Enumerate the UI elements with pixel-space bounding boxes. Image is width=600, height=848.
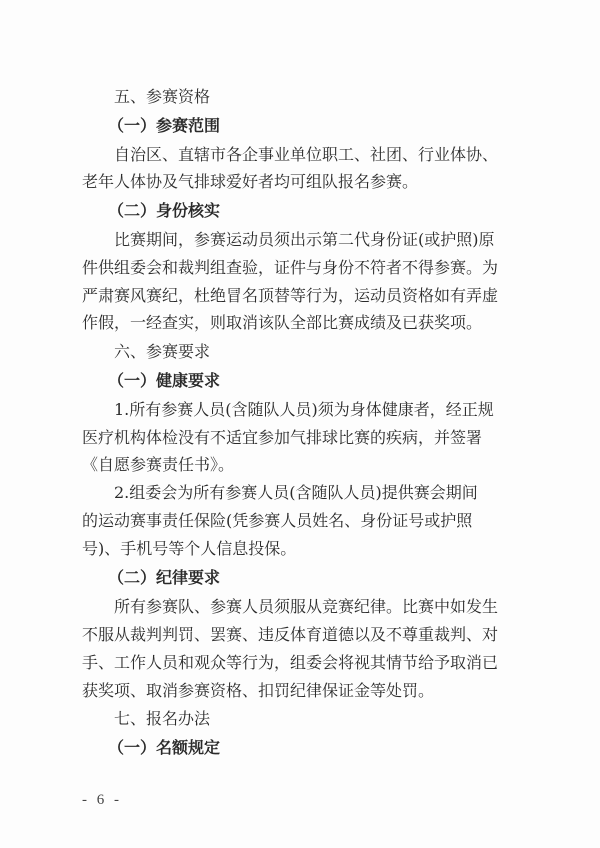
paragraph-line: 不服从裁判判罚、罢赛、违反体育道德以及不尊重裁判、对 <box>82 621 502 649</box>
paragraph-line: 老年人体协及气排球爱好者均可组队报名参赛。 <box>82 168 502 196</box>
document-page: 五、参赛资格 （一）参赛范围 自治区、直辖市各企事业单位职工、社团、行业体协、 … <box>0 0 600 848</box>
paragraph-line: 《自愿参赛责任书》。 <box>82 451 502 479</box>
subsection-heading: （二）身份核实 <box>108 197 528 225</box>
paragraph-line: 1.所有参赛人员(含随队人员)须为身体健康者，经正规 <box>114 396 534 424</box>
paragraph-line: 2.组委会为所有参赛人员(含随队人员)提供赛会期间 <box>114 479 534 507</box>
paragraph-line: 获奖项、取消参赛资格、扣罚纪律保证金等处罚。 <box>82 677 502 705</box>
section-heading-7: 七、报名办法 <box>114 705 534 733</box>
paragraph-line: 所有参赛队、参赛人员须服从竞赛纪律。比赛中如发生 <box>114 593 534 621</box>
subsection-heading: （一）健康要求 <box>108 367 528 395</box>
paragraph-line: 号)、手机号等个人信息投保。 <box>82 535 502 563</box>
paragraph-line: 比赛期间，参赛运动员须出示第二代身份证(或护照)原 <box>114 226 534 254</box>
paragraph-line: 作假，一经查实，则取消该队全部比赛成绩及已获奖项。 <box>82 309 502 337</box>
page-number: - 6 - <box>82 792 122 809</box>
subsection-heading: （一）名额规定 <box>108 734 528 762</box>
subsection-heading: （二）纪律要求 <box>108 564 528 592</box>
paragraph-line: 的运动赛事责任保险(凭参赛人员姓名、身份证号或护照 <box>82 507 502 535</box>
section-heading-5: 五、参赛资格 <box>114 83 534 111</box>
paragraph-line: 件供组委会和裁判组查验，证件与身份不符者不得参赛。为 <box>82 254 502 282</box>
paragraph-line: 医疗机构体检没有不适宜参加气排球比赛的疾病，并签署 <box>82 424 502 452</box>
subsection-heading: （一）参赛范围 <box>108 112 528 140</box>
paragraph-line: 自治区、直辖市各企事业单位职工、社团、行业体协、 <box>114 141 534 169</box>
section-heading-6: 六、参赛要求 <box>114 338 534 366</box>
paragraph-line: 手、工作人员和观众等行为，组委会将视其情节给予取消已 <box>82 649 502 677</box>
paragraph-line: 严肃赛风赛纪，杜绝冒名顶替等行为，运动员资格如有弄虚 <box>82 282 502 310</box>
